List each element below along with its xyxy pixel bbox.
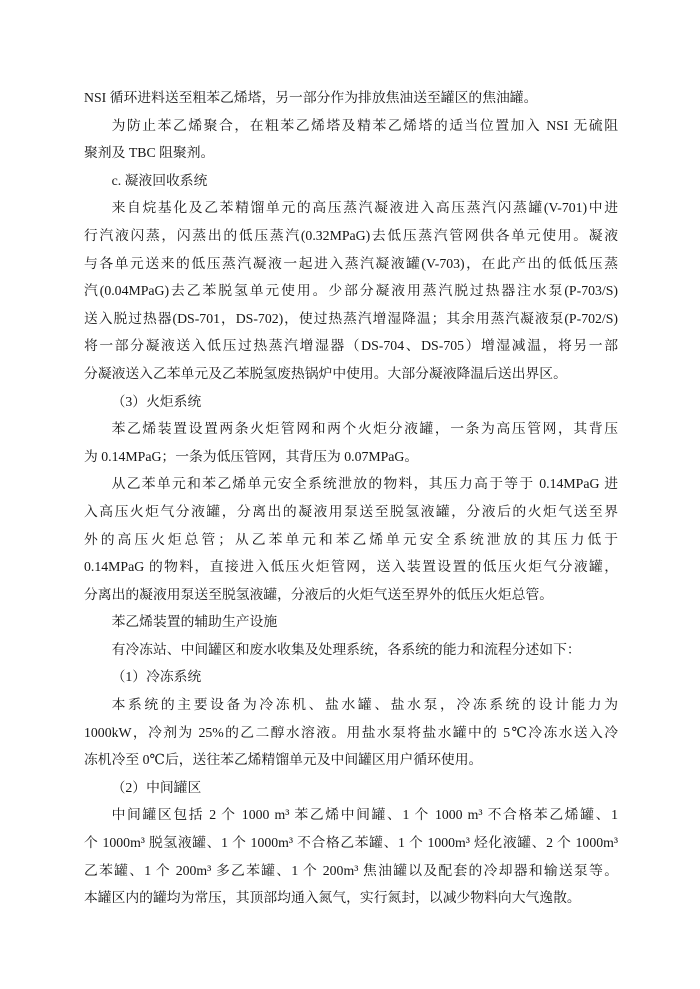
- document-line: 中间罐区包括 2 个 1000 m³ 苯乙烯中间罐、1 个 1000 m³ 不合…: [84, 801, 618, 829]
- document-line: 入高压火炬气分液罐，分离出的凝液用泵送至脱氢液罐，分液后的火炬气送至界: [84, 498, 618, 526]
- document-body: NSI 循环进料送至粗苯乙烯塔，另一部分作为排放焦油送至罐区的焦油罐。为防止苯乙…: [84, 84, 618, 912]
- document-line: 与各单元送来的低压蒸汽凝液一起进入蒸汽凝液罐(V-703)，在此产出的低低压蒸: [84, 250, 618, 278]
- document-line: c. 凝液回收系统: [84, 167, 618, 195]
- document-line: 本系统的主要设备为冷冻机、盐水罐、盐水泵，冷冻系统的设计能力为: [84, 691, 618, 719]
- document-page: NSI 循环进料送至粗苯乙烯塔，另一部分作为排放焦油送至罐区的焦油罐。为防止苯乙…: [0, 0, 700, 989]
- document-line: （2）中间罐区: [84, 774, 618, 802]
- document-line: 本罐区内的罐均为常压，其顶部均通入氮气，实行氮封，以减少物料向大气逸散。: [84, 884, 618, 912]
- document-line: （1）冷冻系统: [84, 663, 618, 691]
- document-line: 来自烷基化及乙苯精馏单元的高压蒸汽凝液进入高压蒸汽闪蒸罐(V-701)中进: [84, 194, 618, 222]
- document-line: 将一部分凝液送入低压过热蒸汽增湿器（DS-704、DS-705）增湿减温，将另一…: [84, 332, 618, 360]
- document-line: 外的高压火炬总管；从乙苯单元和苯乙烯单元安全系统泄放的其压力低于: [84, 526, 618, 554]
- document-line: 个 1000m³ 脱氢液罐、1 个 1000m³ 不合格乙苯罐、1 个 1000…: [84, 829, 618, 857]
- document-line: 0.14MPaG 的物料，直接进入低压火炬管网，送入装置设置的低压火炬气分液罐，: [84, 553, 618, 581]
- document-line: 聚剂及 TBC 阻聚剂。: [84, 139, 618, 167]
- document-line: 行汽液闪蒸，闪蒸出的低压蒸汽(0.32MPaG)去低压蒸汽管网供各单元使用。凝液: [84, 222, 618, 250]
- document-line: 从乙苯单元和苯乙烯单元安全系统泄放的物料，其压力高于等于 0.14MPaG 进: [84, 470, 618, 498]
- document-line: NSI 循环进料送至粗苯乙烯塔，另一部分作为排放焦油送至罐区的焦油罐。: [84, 84, 618, 112]
- document-line: 汽(0.04MPaG)去乙苯脱氢单元使用。少部分凝液用蒸汽脱过热器注水泵(P-7…: [84, 277, 618, 305]
- document-line: 苯乙烯装置设置两条火炬管网和两个火炬分液罐，一条为高压管网，其背压: [84, 415, 618, 443]
- document-line: 冻机冷至 0℃后，送往苯乙烯精馏单元及中间罐区用户循环使用。: [84, 746, 618, 774]
- document-line: 送入脱过热器(DS-701，DS-702)，使过热蒸汽增湿降温；其余用蒸汽凝液泵…: [84, 305, 618, 333]
- document-line: 有冷冻站、中间罐区和废水收集及处理系统，各系统的能力和流程分述如下：: [84, 636, 618, 664]
- document-line: 苯乙烯装置的辅助生产设施: [84, 608, 618, 636]
- document-line: 为 0.14MPaG；一条为低压管网，其背压为 0.07MPaG。: [84, 443, 618, 471]
- document-line: 1000kW，冷剂为 25%的乙二醇水溶液。用盐水泵将盐水罐中的 5℃冷冻水送入…: [84, 719, 618, 747]
- document-line: 为防止苯乙烯聚合，在粗苯乙烯塔及精苯乙烯塔的适当位置加入 NSI 无硫阻: [84, 112, 618, 140]
- document-line: 乙苯罐、1 个 200m³ 多乙苯罐、1 个 200m³ 焦油罐以及配套的冷却器…: [84, 857, 618, 885]
- document-line: 分离出的凝液用泵送至脱氢液罐，分液后的火炬气送至界外的低压火炬总管。: [84, 581, 618, 609]
- document-line: 分凝液送入乙苯单元及乙苯脱氢废热锅炉中使用。大部分凝液降温后送出界区。: [84, 360, 618, 388]
- document-line: （3）火炬系统: [84, 388, 618, 416]
